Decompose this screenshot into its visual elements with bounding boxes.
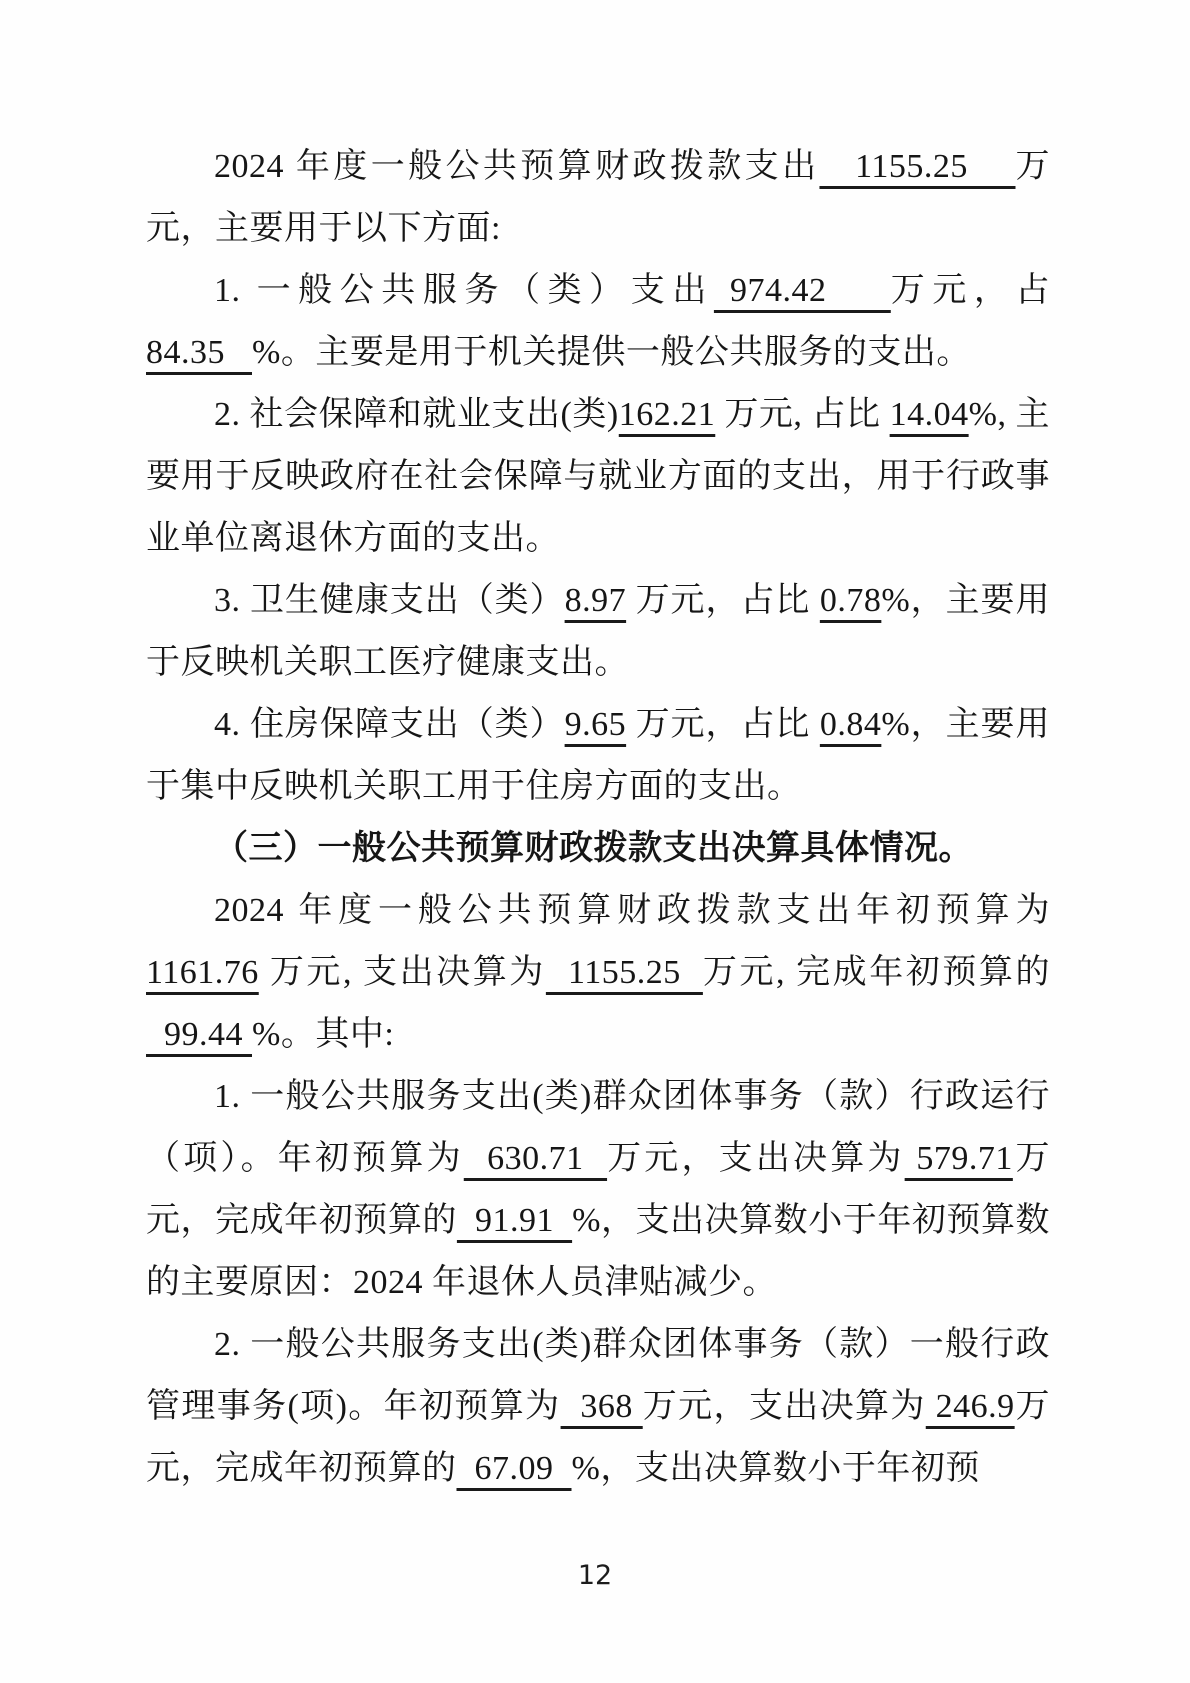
document-page: 2024 年度一般公共预算财政拨款支出 1155.25 万元，主要用于以下方面:… xyxy=(0,0,1190,1683)
text-run: 1. 一般公共服务（类）支出 xyxy=(214,272,714,309)
text-run: 万元，占比 xyxy=(626,582,820,619)
underlined-value: 1161.76 xyxy=(146,954,259,991)
underlined-value: 0.84 xyxy=(820,706,882,743)
paragraph: 3. 卫生健康支出（类）8.97 万元，占比 0.78%，主要用于反映机关职工医… xyxy=(146,570,1050,694)
paragraph: 2024 年度一般公共预算财政拨款支出 1155.25 万元，主要用于以下方面: xyxy=(146,136,1050,260)
underlined-value: 1155.25 xyxy=(546,954,703,991)
underlined-value: 8.97 xyxy=(565,582,627,619)
text-run: 万元, 占比 xyxy=(715,396,889,433)
underlined-value: 162.21 xyxy=(619,396,716,433)
text-run: 4. 住房保障支出（类） xyxy=(214,706,565,743)
underlined-value: 1155.25 xyxy=(819,148,1015,185)
text-run: %。其中: xyxy=(252,1016,394,1053)
section-heading: （三）一般公共预算财政拨款支出决算具体情况。 xyxy=(146,818,1050,880)
underlined-value: 368 xyxy=(561,1388,643,1425)
text-run: 3. 卫生健康支出（类） xyxy=(214,582,565,619)
paragraph: 1. 一般公共服务（类）支出 974.42 万元，占84.35 %。主要是用于机… xyxy=(146,260,1050,384)
text-run: 2. 社会保障和就业支出(类) xyxy=(214,396,619,433)
text-run: 万元，支出决算为 xyxy=(607,1140,905,1177)
text-run: 2024 年度一般公共预算财政拨款支出年初预算为 xyxy=(214,892,1050,929)
page-footer: 12 xyxy=(0,1560,1190,1591)
text-run: 万元，占 xyxy=(891,272,1050,309)
underlined-value: 14.04 xyxy=(890,396,969,433)
underlined-value: 579.71 xyxy=(905,1140,1013,1177)
underlined-value: 974.42 xyxy=(714,272,891,309)
document-body: 2024 年度一般公共预算财政拨款支出 1155.25 万元，主要用于以下方面:… xyxy=(146,136,1050,1500)
paragraph: 2024 年度一般公共预算财政拨款支出年初预算为1161.76 万元, 支出决算… xyxy=(146,880,1050,1066)
text-run: %。主要是用于机关提供一般公共服务的支出。 xyxy=(252,334,971,371)
text-run: （三）一般公共预算财政拨款支出决算具体情况。 xyxy=(214,830,973,867)
underlined-value: 84.35 xyxy=(146,334,252,371)
underlined-value: 0.78 xyxy=(820,582,882,619)
underlined-value: 246.9 xyxy=(926,1388,1015,1425)
paragraph: 2. 一般公共服务支出(类)群众团体事务（款）一般行政管理事务(项)。年初预算为… xyxy=(146,1314,1050,1500)
text-run: 万元, 完成年初预算的 xyxy=(703,954,1050,991)
underlined-value: 630.71 xyxy=(464,1140,607,1177)
underlined-value: 9.65 xyxy=(565,706,627,743)
text-run: 万元，支出决算为 xyxy=(643,1388,926,1425)
underlined-value: 99.44 xyxy=(146,1016,252,1053)
text-run: %，支出决算数小于年初预 xyxy=(572,1450,980,1487)
text-run: 万元, 支出决算为 xyxy=(259,954,546,991)
underlined-value: 67.09 xyxy=(457,1450,572,1487)
text-run: 万元，占比 xyxy=(626,706,820,743)
underlined-value: 91.91 xyxy=(457,1202,572,1239)
paragraph: 4. 住房保障支出（类）9.65 万元，占比 0.84%，主要用于集中反映机关职… xyxy=(146,694,1050,818)
paragraph: 1. 一般公共服务支出(类)群众团体事务（款）行政运行（项）。年初预算为 630… xyxy=(146,1066,1050,1314)
paragraph: 2. 社会保障和就业支出(类)162.21 万元, 占比 14.04%, 主要用… xyxy=(146,384,1050,570)
text-run: 2024 年度一般公共预算财政拨款支出 xyxy=(214,148,819,185)
page-number: 12 xyxy=(578,1560,612,1591)
